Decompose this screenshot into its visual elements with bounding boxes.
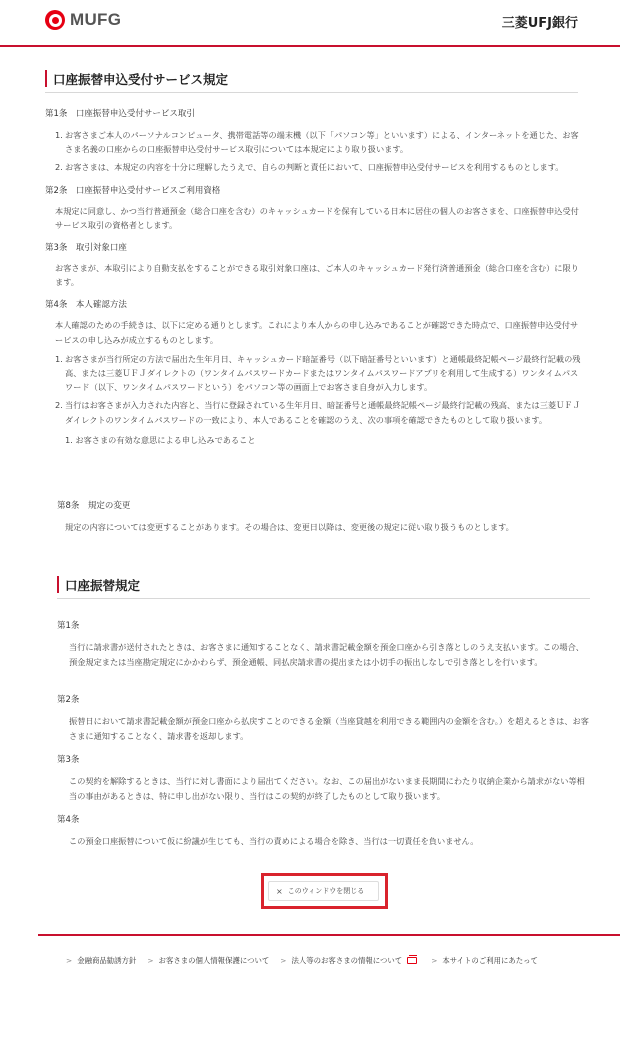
article-text: この契約を解除するときは、当行に対し書面により届出てください。なお、この届出がな… <box>57 774 590 803</box>
chevron-right-icon: > <box>280 956 286 965</box>
mufg-logo-mark-icon <box>45 10 65 30</box>
service-rules-scroll-area[interactable]: 第1条 口座振替申込受付サービス取引 1.お客さまご本人のパーソナルコンピュータ… <box>45 108 585 500</box>
list-item: 2.当行はお客さまが入力された内容と、当行に登録されている生年月日、暗証番号と通… <box>55 398 585 426</box>
title-accent-bar <box>45 70 47 87</box>
article-text: お客さまが、本取引により自動支払をすることができる取引対象口座は、ご本人のキャッ… <box>45 261 585 289</box>
sub-list-item: 1. お客さまの有効な意思による申し込みであること <box>65 433 585 447</box>
close-window-button[interactable]: × このウィンドウを閉じる <box>268 881 379 901</box>
transfer-article-3: 第3条 この契約を解除するときは、当行に対し書面により届出てください。なお、この… <box>57 754 590 803</box>
logo-text: MUFG <box>70 10 121 30</box>
article-heading: 第4条 本人確認方法 <box>45 299 585 311</box>
article-4: 第4条 本人確認方法 本人確認のための手続きは、以下に定める通りとします。これに… <box>45 299 585 447</box>
section-title-service-rules: 口座振替申込受付サービス規定 <box>45 69 578 93</box>
new-window-icon <box>407 957 417 964</box>
chevron-right-icon: > <box>147 956 153 965</box>
article-heading: 第3条 <box>57 754 590 766</box>
article-heading: 第4条 <box>57 814 590 826</box>
list-item: 1.お客さまが当行所定の方法で届出た生年月日、キャッシュカード暗証番号（以下暗証… <box>55 352 585 395</box>
mufg-logo[interactable]: MUFG <box>45 10 121 30</box>
title-accent-bar <box>57 576 59 593</box>
article-text: この預金口座振替について仮に紛議が生じても、当行の責めによる場合を除き、当行は一… <box>57 834 590 849</box>
footer-links: > 金融商品勧誘方針 > お客さまの個人情報保護について > 法人等のお客さまの… <box>66 955 549 966</box>
article-text: 本規定に同意し、かつ当行普通預金（総合口座を含む）のキャッシュカードを保有してい… <box>45 204 585 232</box>
article-heading: 第1条 <box>57 620 590 632</box>
transfer-article-1: 第1条 当行に請求書が送付されたときは、お客さまに通知することなく、請求書記載金… <box>57 620 590 669</box>
section-title-transfer-rules: 口座振替規定 <box>57 575 590 599</box>
section-title-text: 口座振替規定 <box>65 576 140 594</box>
article-heading: 第8条 規定の変更 <box>57 500 592 512</box>
article-heading: 第1条 口座振替申込受付サービス取引 <box>45 108 585 120</box>
chevron-right-icon: > <box>431 956 437 965</box>
article-text: 規定の内容については変更することがあります。その場合は、変更日以降は、変更後の規… <box>57 520 592 534</box>
list-item: 2.お客さまは、本規定の内容を十分に理解したうえで、自らの判断と責任において、口… <box>55 160 585 174</box>
article-text: 本人確認のための手続きは、以下に定める通りとします。これにより本人からの申し込み… <box>45 318 585 346</box>
article-heading: 第2条 <box>57 694 590 706</box>
transfer-article-2: 第2条 振替日において請求書記載金額が預金口座から払戻すことのできる金額（当座貸… <box>57 694 590 743</box>
article-heading: 第3条 取引対象口座 <box>45 242 585 254</box>
close-button-label: このウィンドウを閉じる <box>288 886 365 896</box>
bank-name: 三菱UFJ銀行 <box>502 12 578 31</box>
site-header: MUFG 三菱UFJ銀行 <box>0 0 620 47</box>
footer-link-site-terms[interactable]: > 本サイトのご利用にあたって <box>431 955 538 966</box>
footer-link-corporate-info[interactable]: > 法人等のお客さまの情報について <box>280 955 417 966</box>
footer-link-privacy[interactable]: > お客さまの個人情報保護について <box>147 955 269 966</box>
section-title-text: 口座振替申込受付サービス規定 <box>53 70 228 88</box>
article-3: 第3条 取引対象口座 お客さまが、本取引により自動支払をすることができる取引対象… <box>45 242 585 289</box>
article-text: 振替日において請求書記載金額が預金口座から払戻すことのできる金額（当座貸越を利用… <box>57 714 590 743</box>
footer-divider <box>38 934 620 936</box>
chevron-right-icon: > <box>66 956 72 965</box>
article-heading: 第2条 口座振替申込受付サービスご利用資格 <box>45 185 585 197</box>
article-text: 当行に請求書が送付されたときは、お客さまに通知することなく、請求書記載金額を預金… <box>57 640 590 669</box>
transfer-article-4: 第4条 この預金口座振替について仮に紛議が生じても、当行の責めによる場合を除き、… <box>57 814 590 849</box>
article-8: 第8条 規定の変更 規定の内容については変更することがあります。その場合は、変更… <box>57 500 592 534</box>
article-2: 第2条 口座振替申込受付サービスご利用資格 本規定に同意し、かつ当行普通預金（総… <box>45 185 585 232</box>
list-item: 1.お客さまご本人のパーソナルコンピュータ、携帯電話等の端末機（以下「パソコン等… <box>55 128 585 156</box>
close-icon: × <box>276 887 283 896</box>
footer-link-solicitation-policy[interactable]: > 金融商品勧誘方針 <box>66 955 136 966</box>
article-1: 第1条 口座振替申込受付サービス取引 1.お客さまご本人のパーソナルコンピュータ… <box>45 108 585 175</box>
